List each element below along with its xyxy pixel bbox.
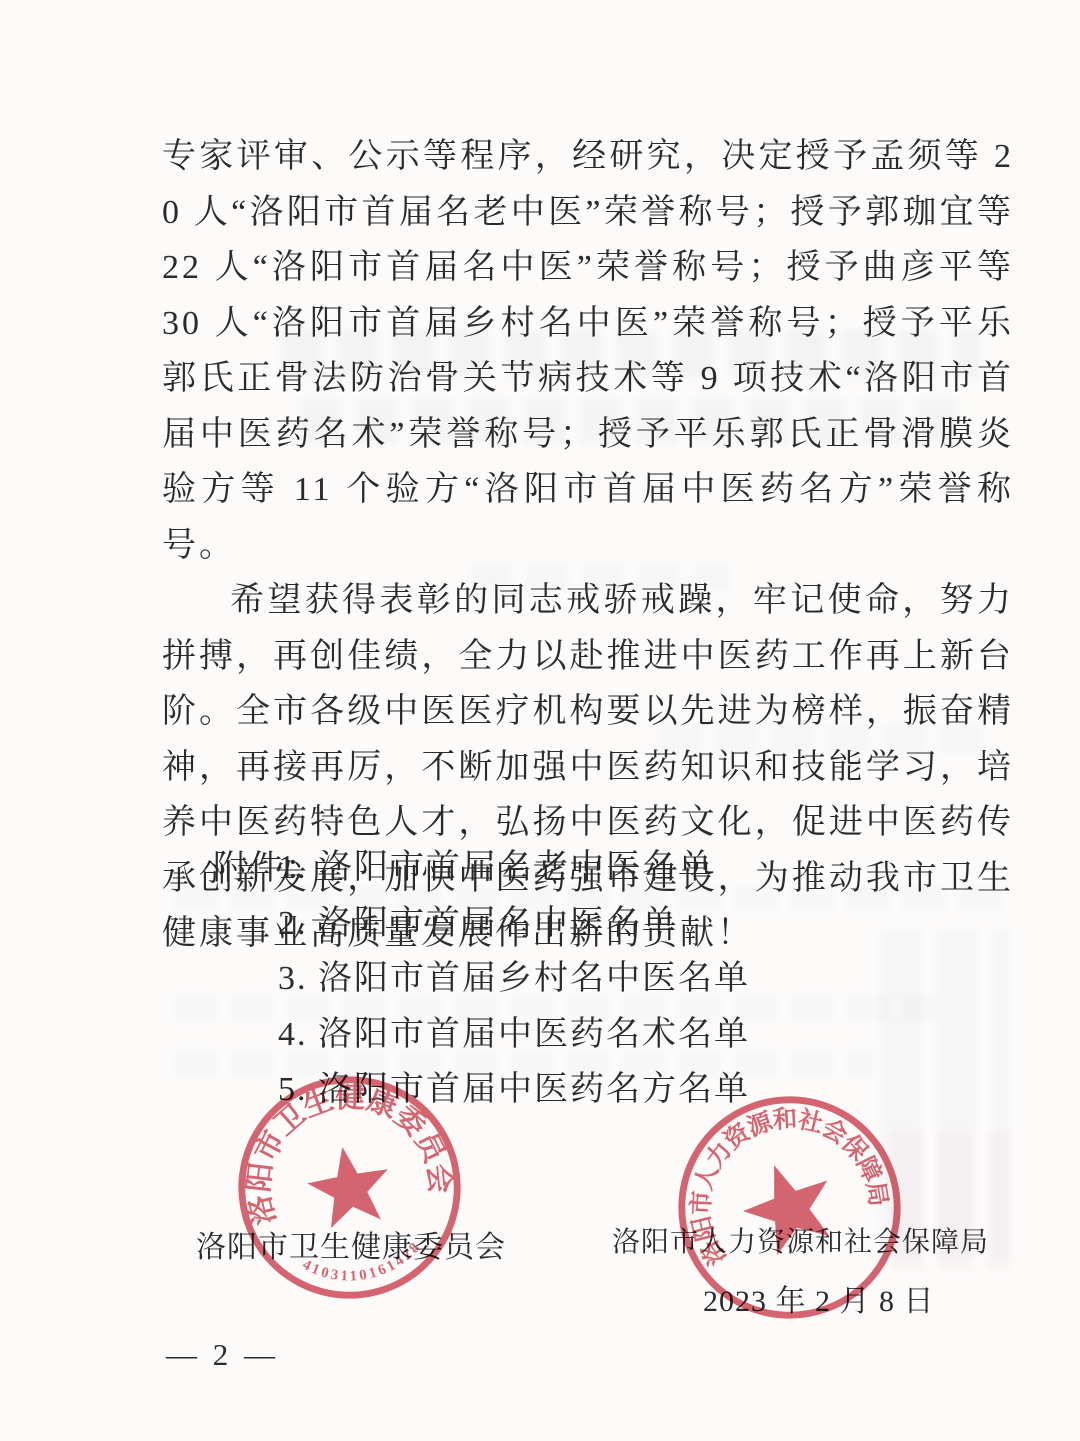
- attachment-item: 3. 洛阳市首届乡村名中医名单: [278, 951, 750, 1007]
- health-commission-seal: 洛阳市卫生健康委员会 4103110161428: [213, 1051, 485, 1323]
- body-paragraph-1: 专家评审、公示等程序，经研究，决定授予孟须等 20 人“洛阳市首届名老中医”荣誉…: [162, 129, 1014, 573]
- scanned-document-page: 专家评审、公示等程序，经研究，决定授予孟须等 20 人“洛阳市首届名老中医”荣誉…: [0, 0, 1080, 1441]
- page-number: — 2 —: [166, 1337, 279, 1373]
- seal-code: 4103110161428: [298, 1236, 429, 1294]
- star-icon: [732, 1150, 846, 1261]
- attachment-item: 1. 洛阳市首届名老中医名单: [278, 840, 750, 896]
- attachment-item: 4. 洛阳市首届中医药名术名单: [278, 1007, 750, 1063]
- document-body: 专家评审、公示等程序，经研究，决定授予孟须等 20 人“洛阳市首届名老中医”荣誉…: [162, 129, 1014, 962]
- attachment-item: 2. 洛阳市首届名中医名单: [278, 896, 750, 952]
- star-icon: [302, 1140, 396, 1231]
